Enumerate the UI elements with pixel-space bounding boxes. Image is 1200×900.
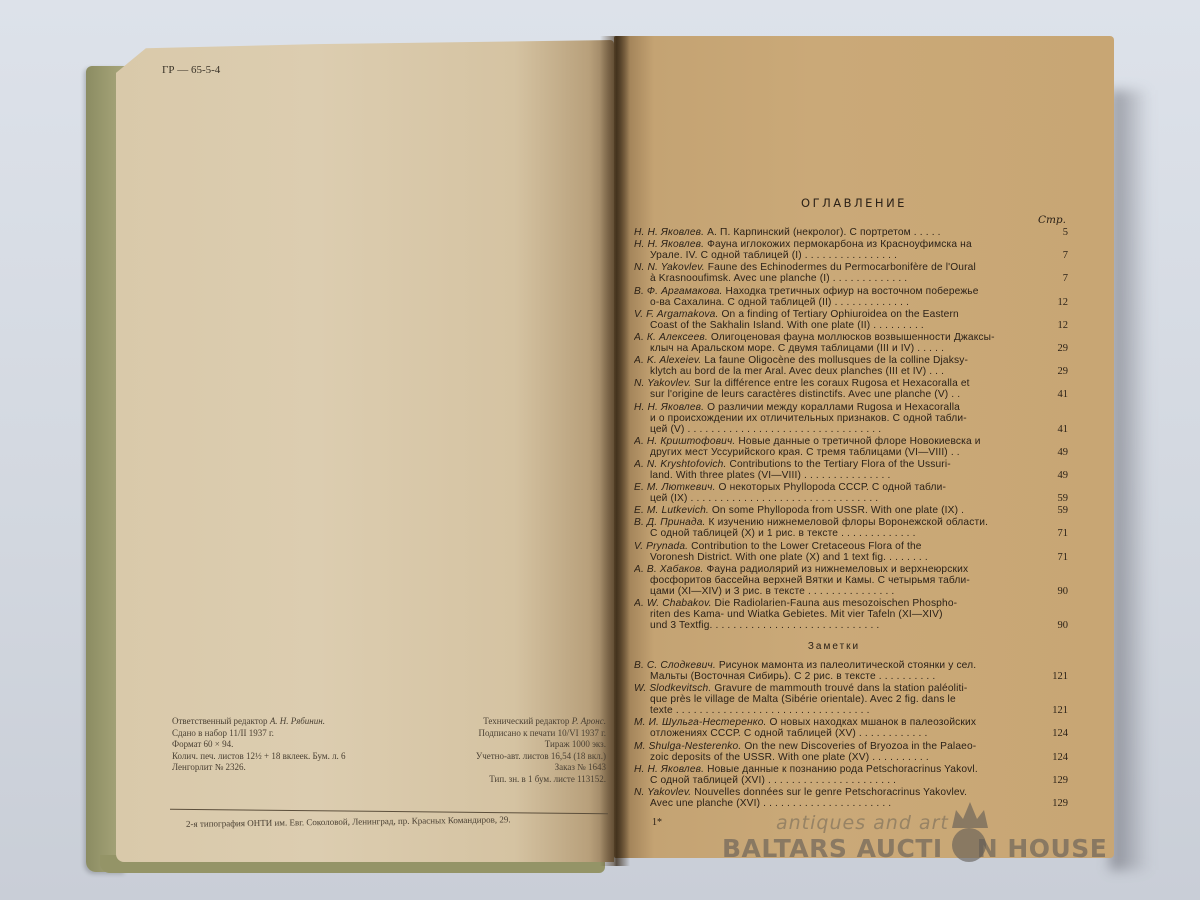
toc-author: А. Н. Криштофович. xyxy=(634,436,735,447)
toc-entry-title-line: que près le village de Malta (Sibérie or… xyxy=(650,694,956,705)
toc-entry-title-line: фосфоритов бассейна верхней Вятки и Камы… xyxy=(650,575,970,586)
toc-entry-title-line: цей (V) . . . . . . . . . . . . . . . . … xyxy=(650,424,881,435)
toc-entry: W. Slodkevitsch. Gravure de mammouth tro… xyxy=(634,683,1074,716)
toc-page-number: 29 xyxy=(1034,366,1074,377)
toc-page-number: 121 xyxy=(1034,671,1074,682)
toc-entry-title-line: Avec une planche (XVI) . . . . . . . . .… xyxy=(650,798,891,809)
toc-entry-title-line: Coast of the Sakhalin Island. With one p… xyxy=(650,320,924,331)
toc-author: В. С. Слодкевич. xyxy=(634,660,716,671)
toc-author: Н. Н. Яковлев. xyxy=(634,764,704,775)
toc-entry-title-line: Олигоценовая фауна моллюсков возвышеннос… xyxy=(711,332,995,343)
toc-entry: А. Н. Криштофович. Новые данные о третич… xyxy=(634,436,1074,458)
toc-entry-title-line: riten des Kama- und Wiatka Gebietes. Mit… xyxy=(650,609,943,620)
toc-entry-title-line: Находка третичных офиур на восточном поб… xyxy=(726,286,979,297)
toc-entry-title-line: klytch au bord de la mer Aral. Avec deux… xyxy=(650,366,944,377)
toc-author: V. Prynada. xyxy=(634,541,688,552)
toc-author: А. В. Хабаков. xyxy=(634,564,704,575)
colophon-line: Тираж 1000 экз. xyxy=(430,739,606,751)
toc-page-number: 7 xyxy=(1034,273,1074,284)
toc-entry: Н. Н. Яковлев. Фауна иглокожих пермокарб… xyxy=(634,239,1074,261)
table-of-contents: ОГЛАВЛЕНИЕ Стр. Н. Н. Яковлев. А. П. Кар… xyxy=(634,196,1074,810)
colophon-line: Учетно-авт. листов 16,54 (18 вкл.) xyxy=(430,751,606,763)
toc-entry-title-line: О некоторых Phyllopoda СССР. С одной таб… xyxy=(719,482,947,493)
toc-entry: Е. М. Люткевич. О некоторых Phyllopoda С… xyxy=(634,482,1074,504)
toc-page-number: 5 xyxy=(1034,227,1074,238)
toc-entry-title-line: отложениях СССР. С одной таблицей (XV) .… xyxy=(650,728,927,739)
toc-entry-title-line: à Krasnooufimsk. Avec une planche (I) . … xyxy=(650,273,907,284)
colophon-line: Заказ № 1643 xyxy=(430,762,606,774)
toc-page-number: 41 xyxy=(1034,424,1074,435)
toc-entry: A. K. Alexeiev. La faune Oligocène des m… xyxy=(634,355,1074,377)
toc-entry: М. И. Шульга-Нестеренко. О новых находка… xyxy=(634,717,1074,739)
toc-entry-title-line: On the new Discoveries of Bryozoa in the… xyxy=(744,741,976,752)
toc-entry-title-line: Die Radiolarien-Fauna aus mesozoischen P… xyxy=(715,598,958,609)
toc-entry: А. В. Хабаков. Фауна радиолярий из нижне… xyxy=(634,564,1074,597)
toc-author: А. К. Алексеев. xyxy=(634,332,708,343)
toc-author: Н. Н. Яковлев. xyxy=(634,239,704,250)
toc-page-number: 12 xyxy=(1034,297,1074,308)
toc-entry-title-line: С одной таблицей (X) и 1 рис. в тексте .… xyxy=(650,528,916,539)
toc-author: Е. М. Люткевич. xyxy=(634,482,716,493)
toc-entry-title-line: Nouvelles données sur le genre Petschora… xyxy=(694,787,967,798)
toc-page-number: 124 xyxy=(1034,728,1074,739)
toc-entry: E. M. Lutkevich. On some Phyllopoda from… xyxy=(634,505,1074,516)
toc-entry: В. Ф. Аргамакова. Находка третичных офиу… xyxy=(634,286,1074,308)
notes-section-title: Заметки xyxy=(634,641,1074,652)
toc-page-number: 59 xyxy=(1034,493,1074,504)
toc-entry-title-line: sur l'origine de leurs caractères distin… xyxy=(650,389,960,400)
toc-entry-title-line: Sur la différence entre les coraux Rugos… xyxy=(694,378,969,389)
toc-entry: В. Д. Принада. К изучению нижнемеловой ф… xyxy=(634,517,1074,539)
toc-entry-title-line: On some Phyllopoda from USSR. With one p… xyxy=(712,505,964,516)
toc-entry-title-line: und 3 Textfig. . . . . . . . . . . . . .… xyxy=(650,620,879,631)
toc-entry-title-line: land. With three plates (VI—VIII) . . . … xyxy=(650,470,890,481)
toc-entry-title-line: Новые данные к познанию рода Petschoracr… xyxy=(707,764,978,775)
toc-entry-title-line: К изучению нижнемеловой флоры Воронежско… xyxy=(709,517,989,528)
toc-entry: V. F. Argamakova. On a finding of Tertia… xyxy=(634,309,1074,331)
toc-page-number: 49 xyxy=(1034,447,1074,458)
toc-page-number: 7 xyxy=(1034,250,1074,261)
toc-page-number: 124 xyxy=(1034,752,1074,763)
toc-entry: A. N. Kryshtofovich. Contributions to th… xyxy=(634,459,1074,481)
toc-author: N. N. Yakovlev. xyxy=(634,262,705,273)
toc-page-number: 129 xyxy=(1034,798,1074,809)
toc-entry-title-line: On a finding of Tertiary Ophiuroidea on … xyxy=(721,309,958,320)
toc-author: В. Д. Принада. xyxy=(634,517,706,528)
toc-page-number: 29 xyxy=(1034,343,1074,354)
page-column-label: Стр. xyxy=(634,214,1074,226)
toc-entry: Н. Н. Яковлев. О различии между кораллам… xyxy=(634,402,1074,435)
toc-entry-title-line: О различии между кораллами Rugosa и Hexa… xyxy=(707,402,960,413)
toc-page-number: 129 xyxy=(1034,775,1074,786)
colophon-line: Ленгорлит № 2326. xyxy=(172,762,412,774)
toc-entry-title-line: А. П. Карпинский (некролог). С портретом… xyxy=(707,227,941,238)
toc-entry-title-line: С одной таблицей (XVI) . . . . . . . . .… xyxy=(650,775,896,786)
toc-entry-title-line: Рисунок мамонта из палеолитической стоян… xyxy=(719,660,976,671)
toc-author: V. F. Argamakova. xyxy=(634,309,718,320)
toc-author: N. Yakovlev. xyxy=(634,787,691,798)
colophon-line: Колич. печ. листов 12½ + 18 вклеек. Бум.… xyxy=(172,751,412,763)
colophon-line: Ответственный редактор А. Н. Рябинин. xyxy=(172,716,412,728)
toc-author: Н. Н. Яковлев. xyxy=(634,402,704,413)
toc-author: В. Ф. Аргамакова. xyxy=(634,286,723,297)
toc-entry-title-line: Contribution to the Lower Cretaceous Flo… xyxy=(691,541,921,552)
publication-code-mark: ГР — 65-5-4 xyxy=(162,64,220,76)
toc-entry-title-line: Новые данные о третичной флоре Новокиевс… xyxy=(738,436,980,447)
crown-icon xyxy=(950,802,990,830)
toc-entry-title-line: Фауна радиолярий из нижнемеловых и верхн… xyxy=(706,564,968,575)
colophon-right: Технический редактор Р. Аронс.Подписано … xyxy=(430,716,606,785)
toc-title: ОГЛАВЛЕНИЕ xyxy=(634,196,1074,210)
toc-author: Н. Н. Яковлев. xyxy=(634,227,704,238)
watermark-brand: BALTARS AUCTIN HOUSE xyxy=(722,834,1107,863)
toc-page-number: 121 xyxy=(1034,705,1074,716)
toc-page-number: 41 xyxy=(1034,389,1074,400)
toc-entry: В. С. Слодкевич. Рисунок мамонта из пале… xyxy=(634,660,1074,682)
toc-page-number: 71 xyxy=(1034,528,1074,539)
toc-entry-title-line: о-ва Сахалина. С одной таблицей (II) . .… xyxy=(650,297,909,308)
toc-page-number: 90 xyxy=(1034,586,1074,597)
colophon-line: Формат 60 × 94. xyxy=(172,739,412,751)
toc-author: A. K. Alexeiev. xyxy=(634,355,701,366)
colophon-line: Технический редактор Р. Аронс. xyxy=(430,716,606,728)
toc-entry-title-line: и о происхождении их отличительных призн… xyxy=(650,413,967,424)
toc-page-number: 12 xyxy=(1034,320,1074,331)
page-shadow xyxy=(1110,90,1150,870)
toc-page-number: 49 xyxy=(1034,470,1074,481)
toc-entry-title-line: Contributions to the Tertiary Flora of t… xyxy=(729,459,950,470)
toc-entry-title-line: zoic deposits of the USSR. With one plat… xyxy=(650,752,929,763)
toc-entry-title-line: О новых находках мшанок в палеозойских xyxy=(770,717,977,728)
toc-author: A. N. Kryshtofovich. xyxy=(634,459,726,470)
toc-entry-title-line: клыч на Аральском море. С двумя таблицам… xyxy=(650,343,944,354)
toc-notes: В. С. Слодкевич. Рисунок мамонта из пале… xyxy=(634,660,1074,809)
toc-author: A. W. Chabakov. xyxy=(634,598,712,609)
toc-entry: V. Prynada. Contribution to the Lower Cr… xyxy=(634,541,1074,563)
colophon-line: Сдано в набор 11/II 1937 г. xyxy=(172,728,412,740)
toc-author: M. Shulga-Nesterenko. xyxy=(634,741,741,752)
toc-entry: M. Shulga-Nesterenko. On the new Discove… xyxy=(634,741,1074,763)
toc-entry-title-line: других мест Уссурийского края. С тремя т… xyxy=(650,447,960,458)
toc-entry-title-line: Фауна иглокожих пермокарбона из Красноуф… xyxy=(707,239,972,250)
toc-author: W. Slodkevitsch. xyxy=(634,683,711,694)
toc-entry-title-line: Gravure de mammouth trouvé dans la stati… xyxy=(714,683,967,694)
toc-page-number: 59 xyxy=(1034,505,1074,516)
toc-entry: Н. Н. Яковлев. Новые данные к познанию р… xyxy=(634,764,1074,786)
colophon-line: Подписано к печати 10/VI 1937 г. xyxy=(430,728,606,740)
watermark-tagline: antiques and art xyxy=(776,812,949,834)
toc-page-number: 90 xyxy=(1034,620,1074,631)
toc-page-number: 71 xyxy=(1034,552,1074,563)
colophon-left: Ответственный редактор А. Н. Рябинин.Сда… xyxy=(172,716,412,774)
toc-author: М. И. Шульга-Нестеренко. xyxy=(634,717,767,728)
toc-entry: Н. Н. Яковлев. А. П. Карпинский (некроло… xyxy=(634,227,1074,238)
toc-entry-title-line: цами (XI—XIV) и 3 рис. в тексте . . . . … xyxy=(650,586,894,597)
toc-entry-title-line: цей (IX) . . . . . . . . . . . . . . . .… xyxy=(650,493,878,504)
toc-entry: N. N. Yakovlev. Faune des Echinodermes d… xyxy=(634,262,1074,284)
toc-entries: Н. Н. Яковлев. А. П. Карпинский (некроло… xyxy=(634,227,1074,631)
toc-entry: N. Yakovlev. Nouvelles données sur le ge… xyxy=(634,787,1074,809)
toc-entry-title-line: Faune des Echinodermes du Permocarbonifè… xyxy=(708,262,976,273)
toc-entry-title-line: Voronesh District. With one plate (X) an… xyxy=(650,552,928,563)
toc-entry: А. К. Алексеев. Олигоценовая фауна моллю… xyxy=(634,332,1074,354)
toc-entry: A. W. Chabakov. Die Radiolarien-Fauna au… xyxy=(634,598,1074,631)
signature-mark: 1* xyxy=(652,817,662,828)
toc-entry-title-line: Мальты (Восточная Сибирь). С 2 рис. в те… xyxy=(650,671,935,682)
toc-entry: N. Yakovlev. Sur la différence entre les… xyxy=(634,378,1074,400)
colophon-line: Тип. зн. в 1 бум. листе 113152. xyxy=(430,774,606,786)
toc-entry-title-line: Урале. IV. С одной таблицей (I) . . . . … xyxy=(650,250,897,261)
toc-entry-title-line: texte . . . . . . . . . . . . . . . . . … xyxy=(650,705,870,716)
toc-author: E. M. Lutkevich. xyxy=(634,505,709,516)
toc-author: N. Yakovlev. xyxy=(634,378,691,389)
toc-entry-title-line: La faune Oligocène des mollusques de la … xyxy=(704,355,968,366)
